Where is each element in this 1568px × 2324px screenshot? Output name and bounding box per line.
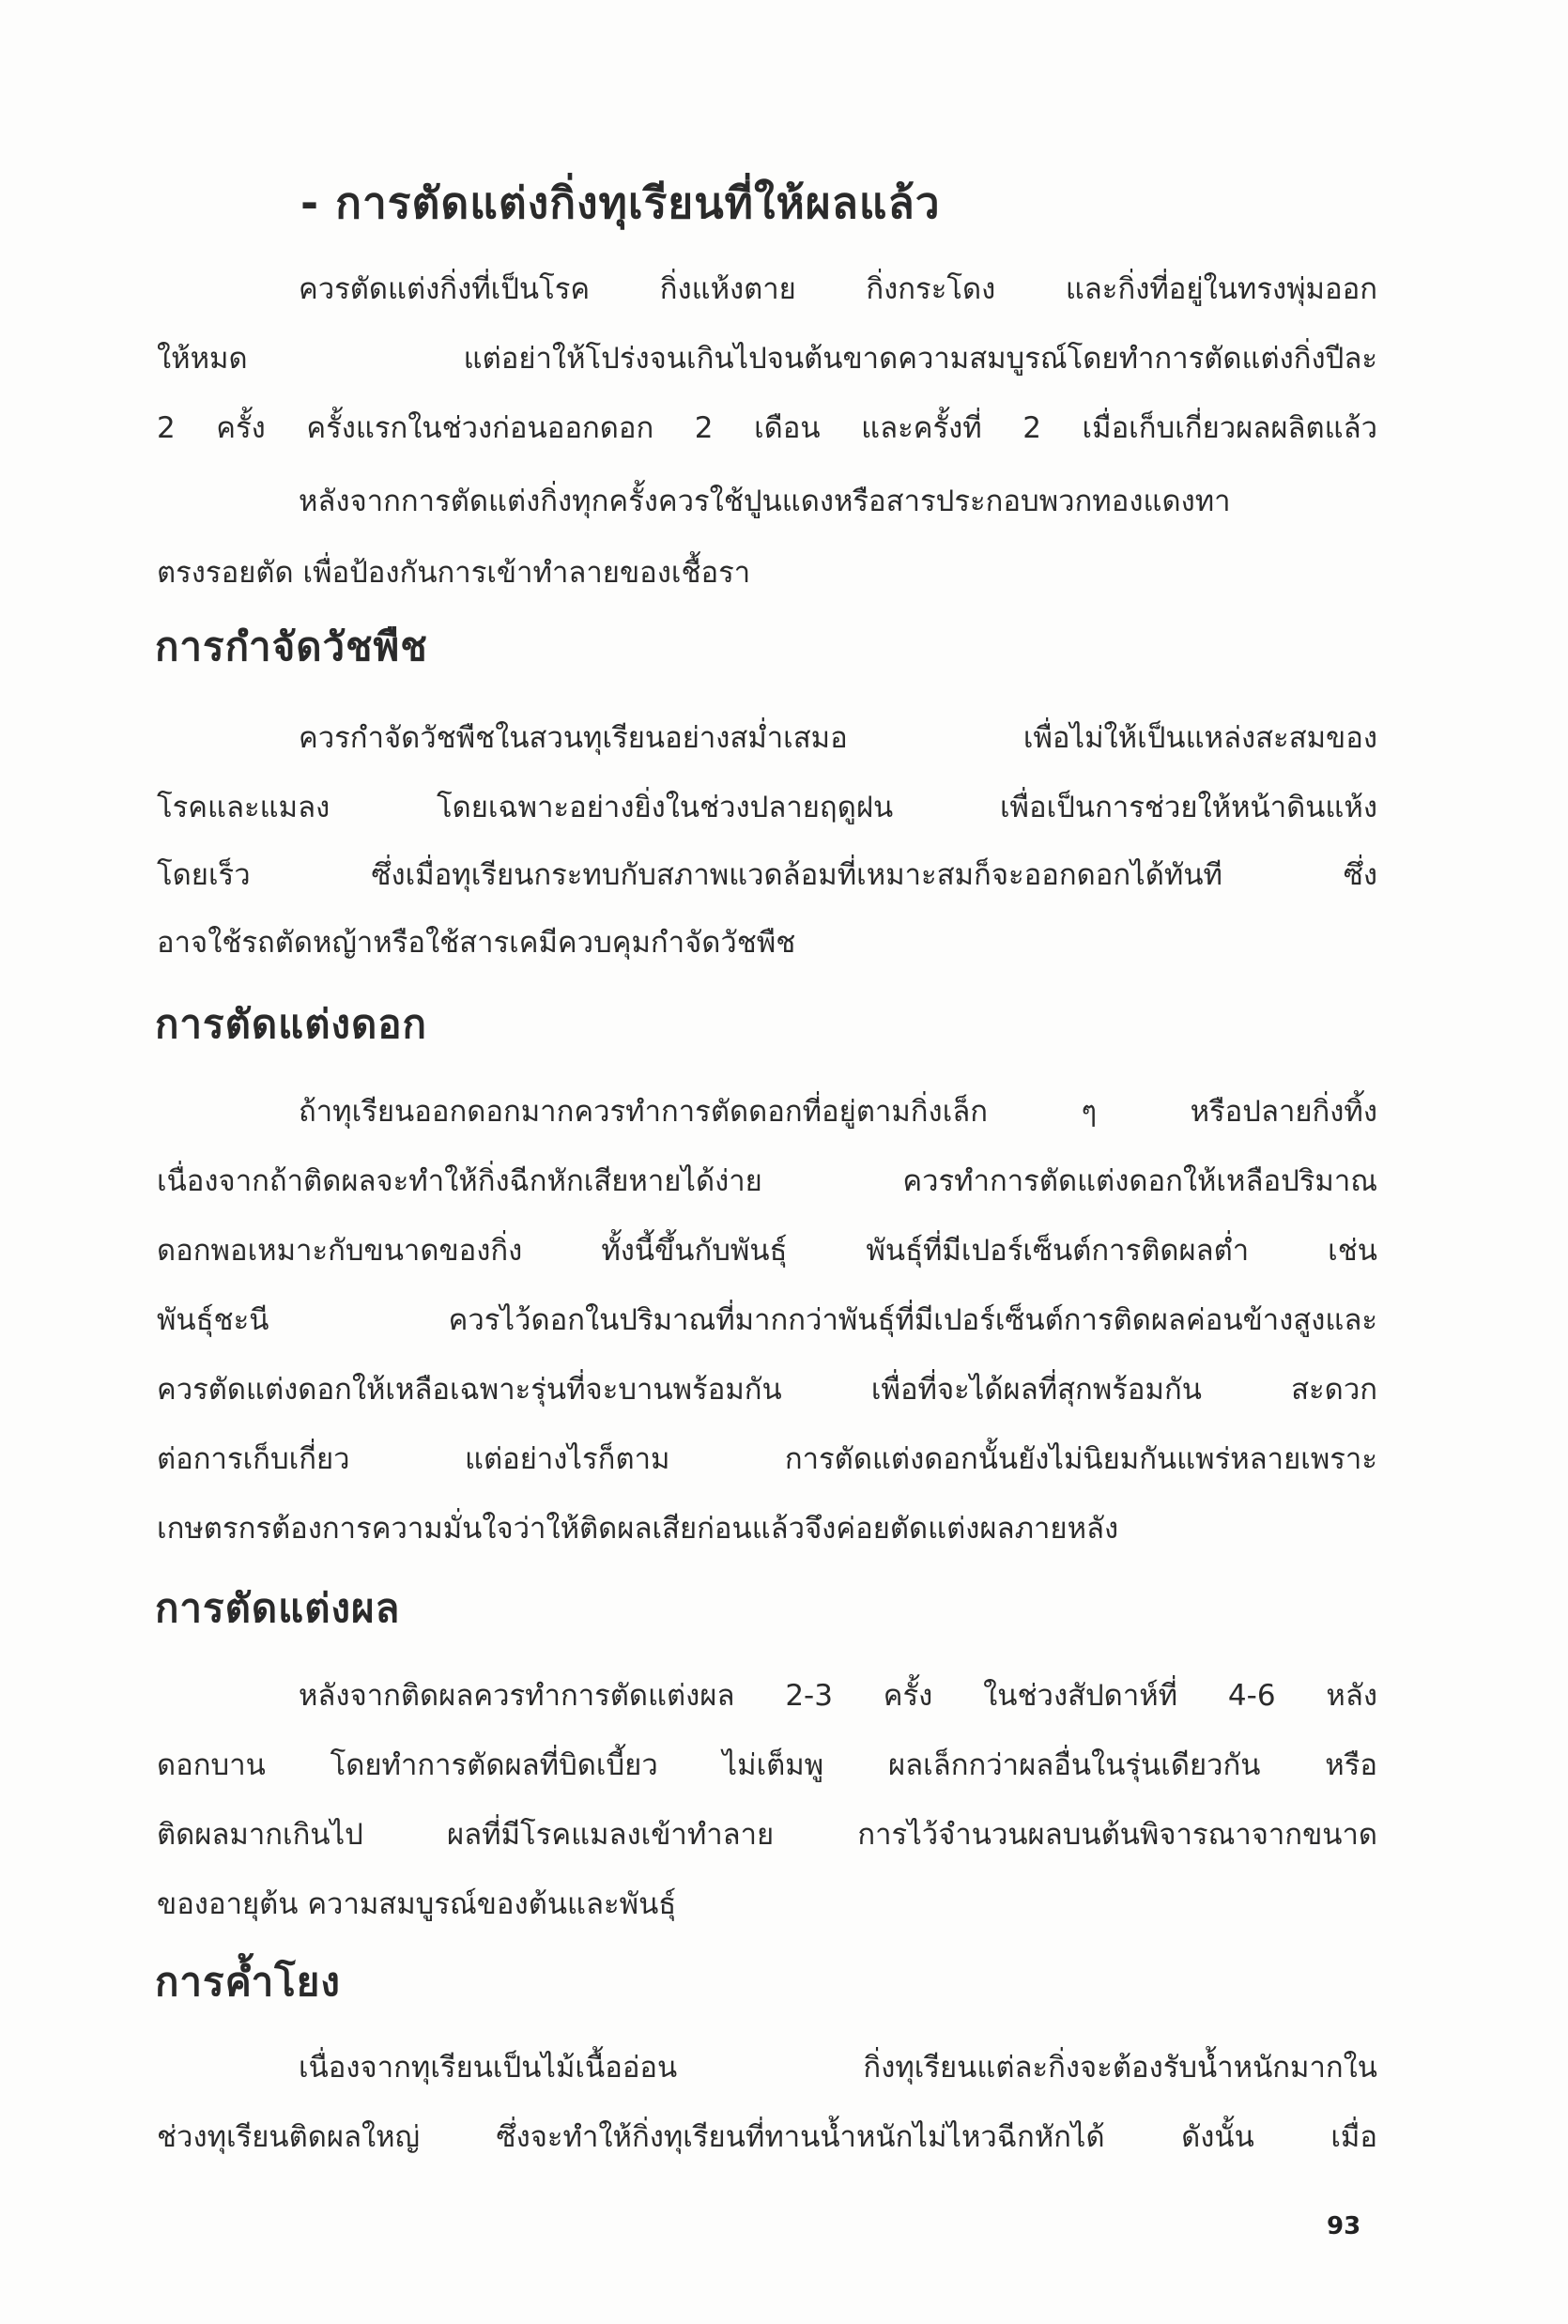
paragraph-line: โรคและแมลง โดยเฉพาะอย่างยิ่งในช่วงปลายฤด… [157, 783, 1377, 830]
paragraph-line: ตรงรอยตัด เพื่อป้องกันการเข้าทำลายของเชื… [157, 548, 1377, 595]
paragraph-line: ควรตัดแต่งดอกให้เหลือเฉพาะรุ่นที่จะบานพร… [157, 1365, 1377, 1412]
paragraph-line: อาจใช้รถตัดหญ้าหรือใช้สารเคมีควบคุมกำจัด… [157, 918, 1377, 965]
paragraph-line: ให้หมด แต่อย่าให้โปร่งจนเกินไปจนต้นขาดคว… [157, 334, 1377, 381]
paragraph-line: โดยเร็ว ซึ่งเมื่อทุเรียนกระทบกับสภาพแวดล… [157, 851, 1377, 898]
paragraph-line: ดอกพอเหมาะกับขนาดของกิ่ง ทั้งนี้ขึ้นกับพ… [157, 1226, 1377, 1273]
heading-branch-propping: การค้ำโยง [155, 1951, 341, 2013]
section-title: - การตัดแต่งกิ่งทุเรียนที่ให้ผลแล้ว [300, 169, 941, 238]
paragraph-line: เกษตรกรต้องการความมั่นใจว่าให้ติดผลเสียก… [157, 1504, 1377, 1551]
paragraph-line: ควรตัดแต่งกิ่งที่เป็นโรค กิ่งแห้งตาย กิ่… [299, 265, 1377, 312]
heading-weed-control: การกำจัดวัชพืช [155, 616, 428, 678]
heading-flower-thinning: การตัดแต่งดอก [155, 993, 427, 1055]
paragraph-line: พันธุ์ชะนี ควรไว้ดอกในปริมาณที่มากกว่าพั… [157, 1296, 1377, 1343]
paragraph-line: เนื่องจากถ้าติดผลจะทำให้กิ่งฉีกหักเสียหา… [157, 1157, 1377, 1204]
heading-fruit-thinning: การตัดแต่งผล [155, 1578, 400, 1639]
paragraph-line: ควรกำจัดวัชพืชในสวนทุเรียนอย่างสม่ำเสมอ … [299, 714, 1377, 761]
paragraph-line: หลังจากติดผลควรทำการตัดแต่งผล 2-3 ครั้ง … [299, 1671, 1377, 1718]
paragraph-line: ถ้าทุเรียนออกดอกมากควรทำการตัดดอกที่อยู่… [299, 1087, 1377, 1134]
paragraph-line: ของอายุต้น ความสมบูรณ์ของต้นและพันธุ์ [157, 1880, 1377, 1927]
document-page: - การตัดแต่งกิ่งทุเรียนที่ให้ผลแล้ว ควรต… [0, 0, 1568, 2324]
paragraph-line: ต่อการเก็บเกี่ยว แต่อย่างไรก็ตาม การตัดแ… [157, 1435, 1377, 1482]
paragraph-line: ติดผลมากเกินไป ผลที่มีโรคแมลงเข้าทำลาย ก… [157, 1810, 1377, 1857]
paragraph-line: ช่วงทุเรียนติดผลใหญ่ ซึ่งจะทำให้กิ่งทุเร… [157, 2113, 1377, 2160]
paragraph-line: 2 ครั้ง ครั้งแรกในช่วงก่อนออกดอก 2 เดือน… [157, 404, 1377, 451]
paragraph-line: ดอกบาน โดยทำการตัดผลที่บิดเบี้ยว ไม่เต็ม… [157, 1741, 1377, 1788]
paragraph-line: เนื่องจากทุเรียนเป็นไม้เนื้ออ่อน กิ่งทุเ… [299, 2043, 1377, 2090]
page-number: 93 [1327, 2212, 1360, 2240]
paragraph-line: หลังจากการตัดแต่งกิ่งทุกครั้งควรใช้ปูนแด… [299, 477, 1377, 524]
